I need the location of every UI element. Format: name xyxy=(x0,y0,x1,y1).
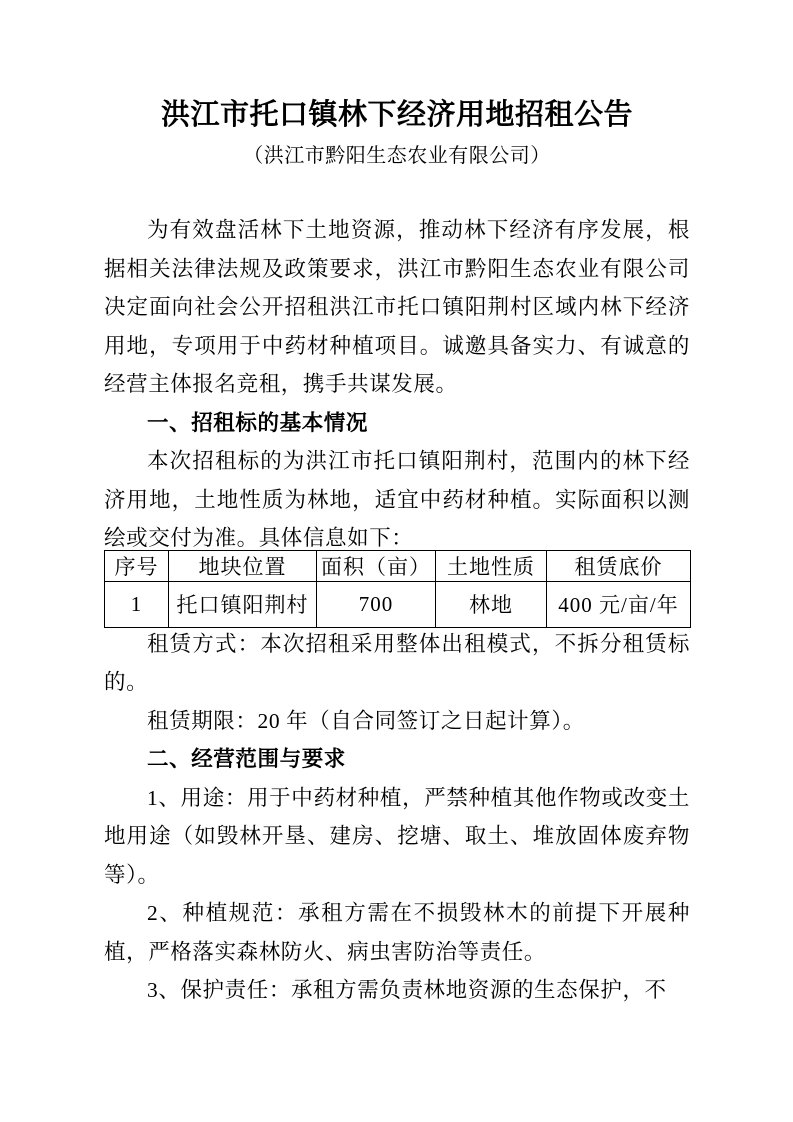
usage-requirement-paragraph: 1、用途：用于中药材种植，严禁种植其他作物或改变土地用途（如毁林开垦、建房、挖塘… xyxy=(104,779,690,895)
document-title: 洪江市托口镇林下经济用地招租公告 xyxy=(104,98,690,131)
cell-area: 700 xyxy=(317,581,436,627)
intro-paragraph: 为有效盘活林下土地资源，推动林下经济有序发展，根据相关法律法规及政策要求，洪江市… xyxy=(104,211,690,404)
cell-location: 托口镇阳荆村 xyxy=(169,581,317,627)
protection-duty-paragraph: 3、保护责任：承租方需负责林地资源的生态保护，不 xyxy=(104,971,690,1010)
land-info-table: 序号 地块位置 面积（亩） 土地性质 租赁底价 1 托口镇阳荆村 700 林地 … xyxy=(104,550,691,628)
lease-mode-paragraph: 租赁方式：本次招租采用整体出租模式，不拆分租赁标的。 xyxy=(104,625,690,702)
cell-land-type: 林地 xyxy=(436,581,547,627)
table-header-area: 面积（亩） xyxy=(317,550,436,581)
table-row: 1 托口镇阳荆村 700 林地 400 元/亩/年 xyxy=(105,581,691,627)
planting-standard-paragraph: 2、种植规范：承租方需在不损毁林木的前提下开展种植，严格落实森林防火、病虫害防治… xyxy=(104,894,690,971)
table-header-land-type: 土地性质 xyxy=(436,550,547,581)
cell-base-rent: 400 元/亩/年 xyxy=(547,581,691,627)
company-subtitle: （洪江市黔阳生态农业有限公司） xyxy=(104,143,690,169)
section-1-heading: 一、招租标的基本情况 xyxy=(104,404,690,443)
document-body: 为有效盘活林下土地资源，推动林下经济有序发展，根据相关法律法规及政策要求，洪江市… xyxy=(104,211,690,1010)
section-1-intro: 本次招租标的为洪江市托口镇阳荆村，范围内的林下经济用地，土地性质为林地，适宜中药… xyxy=(104,442,690,558)
table-header-base-rent: 租赁底价 xyxy=(547,550,691,581)
cell-serial: 1 xyxy=(105,581,169,627)
section-2-heading: 二、经营范围与要求 xyxy=(104,740,690,779)
lease-term-paragraph: 租赁期限：20 年（自合同签订之日起计算）。 xyxy=(104,702,690,741)
document-page: 洪江市托口镇林下经济用地招租公告 （洪江市黔阳生态农业有限公司） 为有效盘活林下… xyxy=(0,0,793,1122)
